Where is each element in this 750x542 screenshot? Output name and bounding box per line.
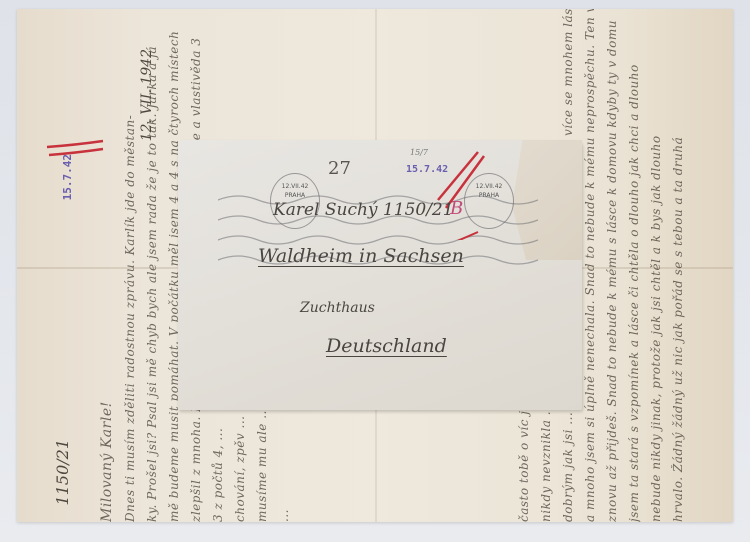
letter-line: Dnes ti musím zděliti radostnou zprávu. … [123,9,139,522]
letter-line: a mnoho jsem si úplně nenechala. Snad to… [583,9,599,522]
letter-line: jsem ta stará s vzpomínek a lásce či cht… [627,9,643,522]
red-pencil-mark-icon [45,137,105,167]
envelope-number: 27 [328,158,351,179]
recipient-institution: Zuchthaus [300,300,375,316]
letter-line: nebude nikdy jinak, protože jak jsi chtě… [649,9,665,522]
recipient-name: Karel Suchý 1150/21 [273,200,454,220]
letter-line: hrvalo. Žádný žádný už nic jak pořád se … [671,9,687,522]
letter-line: ky. Prošel jsi? Psal jsi mě chyb bych al… [145,9,161,522]
envelope: 12.VII.42 PRAHA 12.VII.42 PRAHA 27 15/7 … [178,140,582,410]
red-pencil-mark-icon [418,150,518,240]
letter-greeting: Milovaný Karle! [99,9,115,522]
recipient-country: Deutschland [326,335,447,357]
letter-line: znovu až přijdeš. Snad to nebude k mému … [605,9,621,522]
recipient-city: Waldheim in Sachsen [258,245,464,267]
reference-number: 1150/21 [53,439,72,505]
